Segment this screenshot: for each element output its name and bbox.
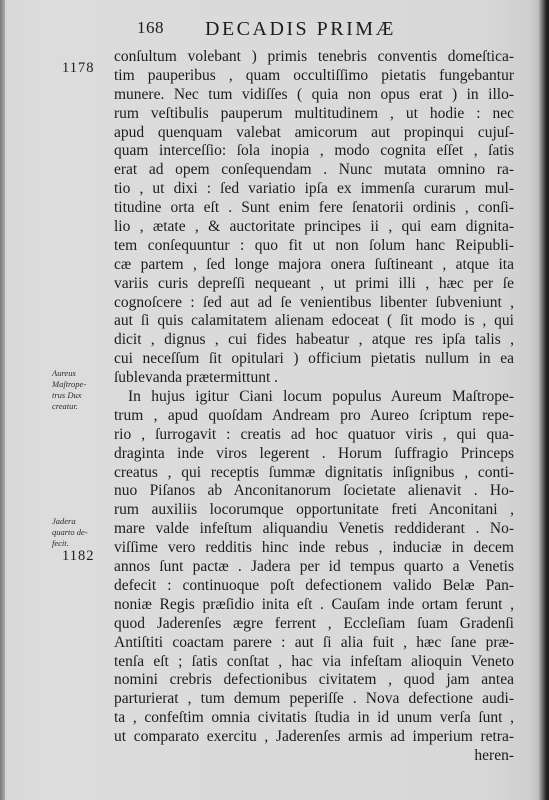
- side-note-line: trus Dux: [52, 390, 104, 401]
- side-note-line: fecit.: [52, 538, 104, 549]
- text-line: ut comparato exercitu , Jaderenſes armis…: [114, 728, 514, 747]
- text-line-paragraph-end: ſublevanda prætermittunt .: [114, 369, 514, 388]
- text-line: tio , ut dixi : ſed variatio ipſa ex imm…: [114, 180, 514, 199]
- text-line: erat ad opem conſequendam . Nunc mutata …: [114, 161, 514, 180]
- book-page: 168 DECADIS PRIMÆ 1178 1182 Aureus Maſtr…: [0, 0, 549, 800]
- text-line: quod Jaderenſes ægre ferrent , Eccleſiam…: [114, 615, 514, 634]
- text-line: ta , confeſtim omnia civitatis ſtudia in…: [114, 709, 514, 728]
- text-line: defecit : continuoque poſt defectionem v…: [114, 577, 514, 596]
- text-line: variis curis depreſſi nequeant , ut prim…: [114, 275, 514, 294]
- running-head: 168 DECADIS PRIMÆ: [0, 14, 549, 44]
- text-line: lio , ætate , & auctoritate principes ii…: [114, 218, 514, 237]
- text-line: viſſime vero redditis hinc inde rebus , …: [114, 539, 514, 558]
- text-line: cognoſcere : ſed aut ad ſe venientibus l…: [114, 294, 514, 313]
- text-line: rio , ſurrogavit : creatis ad hoc quatuo…: [114, 426, 514, 445]
- text-line: dicit , dignus , cui fides habeatur , at…: [114, 331, 514, 350]
- page-left-edge: [0, 0, 5, 800]
- page-number: 168: [137, 18, 164, 38]
- text-line: rum auxiliis locorumque opportunitate fr…: [114, 501, 514, 520]
- text-line: titudine orta eſt . Sunt enim fere ſenat…: [114, 199, 514, 218]
- text-line: apud quenquam valebat amicorum aut propi…: [114, 124, 514, 143]
- text-line: parturierat , tum demum peperiſſe . Nova…: [114, 690, 514, 709]
- side-note-line: Aureus: [52, 368, 104, 379]
- text-line: conſultum volebant ) primis tenebris con…: [114, 48, 514, 67]
- text-line: quam interceſſio: ſola inopia , modo cog…: [114, 142, 514, 161]
- text-line: draginta inde viros legerent . Horum ſuf…: [114, 445, 514, 464]
- text-line: nomini crebris defectionibus civitatem ,…: [114, 671, 514, 690]
- text-line: creatus , qui receptis ſummæ dignitatis …: [114, 464, 514, 483]
- text-line-paragraph-start: In hujus igitur Ciani locum populus Aure…: [114, 388, 514, 407]
- side-note-line: quarto de-: [52, 527, 104, 538]
- text-line: noniæ Regis præſidio inita eſt . Cauſam …: [114, 596, 514, 615]
- side-note-aureus: Aureus Maſtrope- trus Dux creatur.: [52, 368, 104, 412]
- text-line: cæ partem , ſed longe majora onera ſuſti…: [114, 256, 514, 275]
- text-line: tenſa eſt ; ſatis conſtat , hac via infe…: [114, 653, 514, 672]
- side-note-line: Maſtrope-: [52, 379, 104, 390]
- body-text: conſultum volebant ) primis tenebris con…: [114, 48, 514, 766]
- page-right-edge-shadow: [539, 0, 549, 800]
- text-line: trum , apud quoſdam Andream pro Aureo ſc…: [114, 407, 514, 426]
- margin-year: 1178: [62, 60, 94, 77]
- text-line: tem conſequuntur : quo fit ut non ſolum …: [114, 237, 514, 256]
- margin-year: 1182: [62, 548, 94, 565]
- text-line: aut ſi quis calamitatem alienam edoceat …: [114, 312, 514, 331]
- side-note-line: Jadera: [52, 516, 104, 527]
- text-line: munere. Nec tum vidiſſes ( quia non opus…: [114, 86, 514, 105]
- side-note-jadera: Jadera quarto de- fecit.: [52, 516, 104, 549]
- text-line: Antiſtiti coactam parere : aut ſi alia f…: [114, 634, 514, 653]
- text-line: cui neceſſum ſit opitulari ) officium pi…: [114, 350, 514, 369]
- text-line: tim pauperibus , quam occultiſſimo pieta…: [114, 67, 514, 86]
- catchword: heren-: [114, 747, 514, 766]
- header-title: DECADIS PRIMÆ: [205, 18, 396, 41]
- text-line: annos ſunt pactæ . Jadera per id tempus …: [114, 558, 514, 577]
- side-note-line: creatur.: [52, 401, 104, 412]
- text-line: rum veſtibulis pauperum multitudinem , u…: [114, 105, 514, 124]
- text-line: nuo Piſanos ab Anconitanorum ſocietate a…: [114, 482, 514, 501]
- text-line: mare valde infeſtum aliquandiu Venetis r…: [114, 520, 514, 539]
